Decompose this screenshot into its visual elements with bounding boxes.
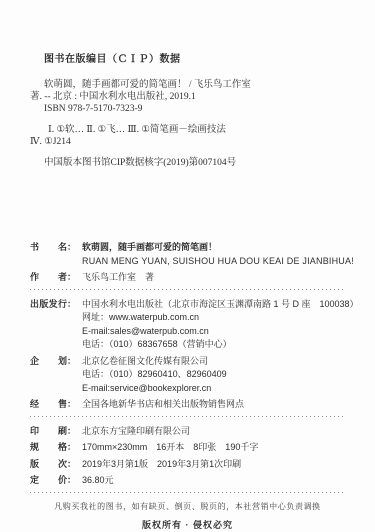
colophon-row-format: 规格 ： 170mm×230mm 16开本 8印张 190千字: [30, 441, 345, 455]
row-label: 印刷: [30, 425, 67, 439]
planning-company: 北京亿卷征图文化传媒有限公司: [82, 355, 345, 369]
colophon-row-edition: 版次 ： 2019年3月第1版 2019年3月第1次印刷: [30, 458, 345, 472]
row-value: 中国水利水电出版社（北京市海淀区玉渊潭南路 1 号 D 座 100038） 网址…: [82, 298, 359, 352]
publisher-email: E-mail:sales@waterpub.com.cn: [82, 325, 359, 339]
row-label: 作者: [30, 271, 67, 285]
row-label: 书名: [30, 241, 67, 255]
row-label: 出版发行: [30, 298, 67, 312]
cip-classification-line-2: Ⅳ. ①J214: [30, 136, 345, 148]
colophon-row-title: 书名 ： 软萌圆，随手画都可爱的简笔画！ RUAN MENG YUAN, SUI…: [30, 241, 345, 268]
row-colon: ：: [67, 474, 76, 488]
edition-info: 2019年3月第1版 2019年3月第1次印刷: [82, 458, 345, 472]
dotted-divider: [30, 289, 345, 291]
cip-record-number: 中国版本图书馆CIP数据核字(2019)第007104号: [30, 157, 345, 169]
colophon-row-distribution: 经售 ： 全国各地新华书店和相关出版物销售网点: [30, 398, 345, 412]
dotted-divider: [30, 492, 345, 494]
row-label: 企划: [30, 355, 67, 369]
row-colon: ：: [67, 458, 76, 472]
colophon-row-author: 作者 ： 飞乐鸟工作室 著: [30, 271, 345, 285]
colophon-row-price: 定价 ： 36.80元: [30, 474, 345, 488]
copyright-statement: 版权所有 · 侵权必究: [30, 518, 345, 531]
distribution-channels: 全国各地新华书店和相关出版物销售网点: [82, 398, 345, 412]
row-colon: ：: [67, 355, 76, 369]
row-label: 规格: [30, 441, 67, 455]
row-colon: ：: [67, 425, 76, 439]
format-spec: 170mm×230mm 16开本 8印张 190千字: [82, 441, 345, 455]
publisher-phone: 电话：（010）68367658（营销中心）: [82, 338, 359, 352]
cip-classification-line-1: Ⅰ. ①软… Ⅱ. ①飞… Ⅲ. ①简笔画－绘画技法: [30, 124, 345, 136]
author-name: 飞乐鸟工作室 著: [82, 271, 345, 285]
book-title: 软萌圆，随手画都可爱的简笔画！: [82, 242, 217, 252]
row-colon: ：: [67, 241, 76, 255]
row-colon: ：: [67, 398, 76, 412]
cip-isbn-line: ISBN 978-7-5170-7323-9: [30, 103, 345, 115]
row-value: 软萌圆，随手画都可爱的简笔画！ RUAN MENG YUAN, SUISHOU …: [82, 241, 354, 268]
publisher-name-address: 中国水利水电出版社（北京市海淀区玉渊潭南路 1 号 D 座 100038）: [82, 298, 359, 312]
cip-block: 图书在版编目（ＣＩＰ）数据 软萌圆，随手画都可爱的简笔画！ / 飞乐鸟工作室 著…: [30, 54, 345, 169]
colophon-row-printing: 印刷 ： 北京东方宝隆印刷有限公司: [30, 425, 345, 439]
page-footer: 凡购买我社的图书，如有缺页、倒页、脱页的，本社营销中心负责调换 版权所有 · 侵…: [30, 501, 345, 531]
row-colon: ：: [67, 271, 76, 285]
row-label: 定价: [30, 474, 67, 488]
colophon-table: 书名 ： 软萌圆，随手画都可爱的简笔画！ RUAN MENG YUAN, SUI…: [30, 241, 345, 494]
row-colon: ：: [67, 298, 76, 312]
book-copyright-page: 图书在版编目（ＣＩＰ）数据 软萌圆，随手画都可爱的简笔画！ / 飞乐鸟工作室 著…: [0, 0, 375, 532]
dotted-divider: [30, 416, 345, 418]
colophon-row-publisher: 出版发行 ： 中国水利水电出版社（北京市海淀区玉渊潭南路 1 号 D 座 100…: [30, 298, 345, 352]
row-label: 版次: [30, 458, 67, 472]
book-title-pinyin: RUAN MENG YUAN, SUISHOU HUA DOU KEAI DE …: [82, 255, 354, 269]
cip-author-line: 著. -- 北京 : 中国水利水电出版社, 2019.1: [30, 91, 345, 103]
row-colon: ：: [67, 441, 76, 455]
row-value: 北京亿卷征图文化传媒有限公司 电话：（010）82960410、82960409…: [82, 355, 345, 396]
replacement-notice: 凡购买我社的图书，如有缺页、倒页、脱页的，本社营销中心负责调换: [30, 501, 345, 512]
row-label: 经售: [30, 398, 67, 412]
printing-company: 北京东方宝隆印刷有限公司: [82, 425, 345, 439]
planning-phone: 电话：（010）82960410、82960409: [82, 368, 345, 382]
price-value: 36.80元: [82, 474, 345, 488]
colophon-row-planning: 企划 ： 北京亿卷征图文化传媒有限公司 电话：（010）82960410、829…: [30, 355, 345, 396]
publisher-website: 网址：www.waterpub.com.cn: [82, 311, 359, 325]
planning-email: E-mail:service@bookexplorer.cn: [82, 382, 345, 396]
cip-header: 图书在版编目（ＣＩＰ）数据: [30, 54, 345, 66]
cip-title-line: 软萌圆，随手画都可爱的简笔画！ / 飞乐鸟工作室: [30, 79, 345, 91]
